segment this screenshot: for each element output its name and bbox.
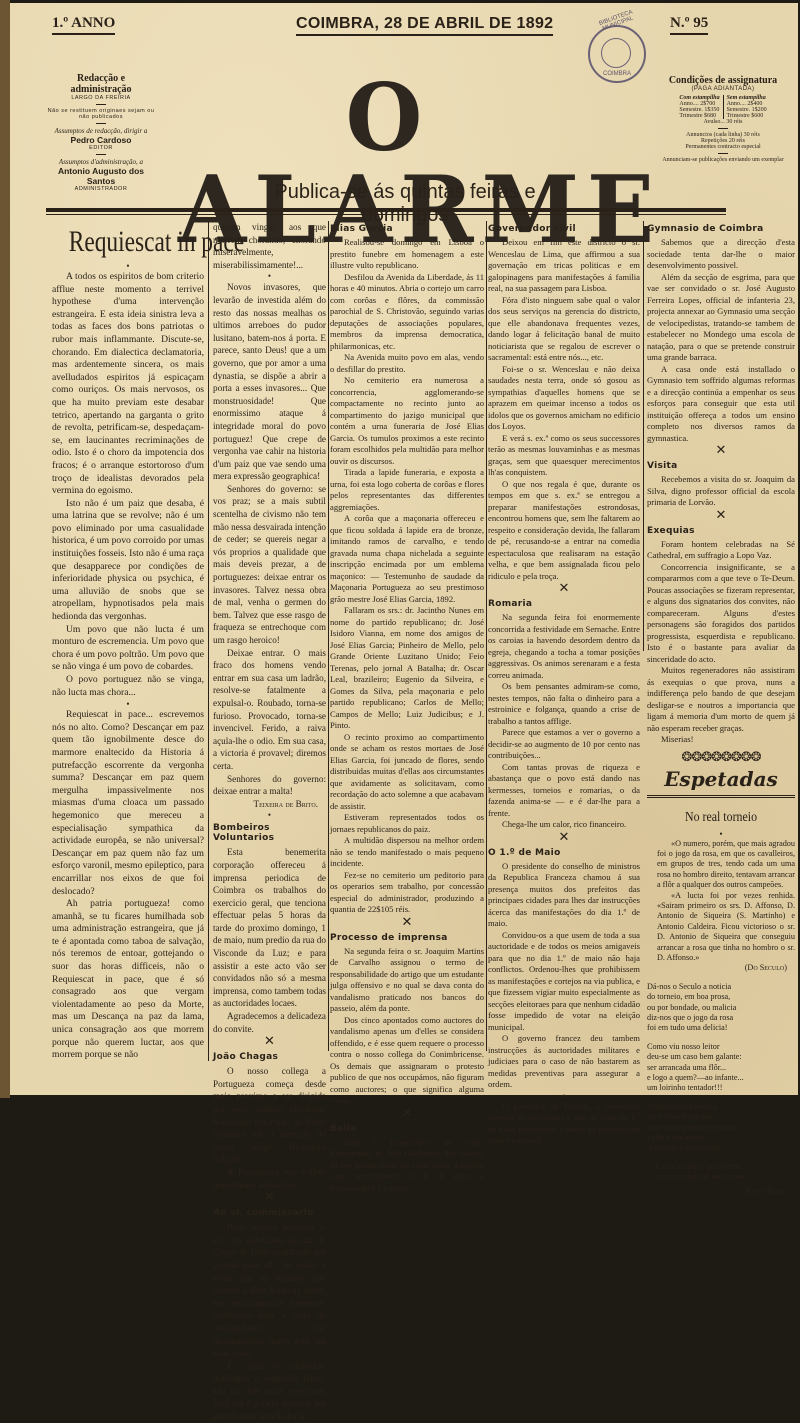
with-stamp-column: Com estampilha Anno.... 2$700 Semestre. … [676,95,722,119]
redaction-note: Não se restituem originaes sejam ou não … [46,108,156,120]
article-paragraph: Sabemos que a direcção d'esta sociedade … [647,237,795,272]
column-2: querem vingar, aos que morrem chorando, … [213,221,326,1098]
divider [647,795,795,796]
year-label: 1.º ANNO [52,15,115,35]
ad-price: Permanentes contracto especial [648,144,798,150]
poem-line: foi em tudo uma delicia! [647,1023,795,1033]
article-paragraph: Foram hontem celebradas na Sé Cathedral,… [647,539,795,562]
article-paragraph: Dos cinco apontados como auctores do van… [330,1015,484,1099]
single-price: Avulso... 30 réis [648,119,798,125]
ornament-dot: • [213,810,326,820]
poem-line: do torneio, em boa prosa, [647,992,795,1002]
article-paragraph: Isto não é um paiz que desaba, é uma lat… [52,498,204,624]
article-paragraph: Realisou-se domingo em Lisboa o prestito… [330,237,484,272]
article-paragraph: Os bem pensantes admiram-se como, nestes… [488,681,640,727]
article-paragraph: Parece que estamos a ver o governo a dec… [488,727,640,762]
article-paragraph: A multidão dispersou na melhor ordem não… [330,835,484,870]
section-heading-romaria: Romaria [488,599,640,609]
article-paragraph: O nosso collega a Portugueza começa desd… [213,1065,326,1098]
ornament-dot: • [52,261,204,271]
divider [718,153,728,154]
poem-stanza: Dá-nos o Seculo a noticia do torneio, em… [647,982,795,1034]
section-heading-bombeiros: Bombeiros Voluntarios [213,823,326,843]
column-4: Governador civil Deixou em fim este dist… [488,221,640,1098]
subscription-footer: Annunciam-se publicações enviando um exe… [648,157,798,163]
article-paragraph: Na segunda feira foi enormemente concorr… [488,612,640,681]
stamp-top-text: BIBLIOTECA MUNICIPAL [584,4,650,38]
column-1: Requiescat in pace • A todos os espirito… [52,221,204,1062]
ornament-dot: • [52,699,204,709]
section-heading-exequias: Exequias [647,526,795,536]
article-paragraph: Senhores do governo: deixae entrar a mal… [213,773,326,798]
quote-source: (Do Seculo) [657,963,795,973]
column-divider [208,221,209,1061]
editor-role: EDITOR [46,145,156,151]
chain-ornament-icon: ❂❂❂❂❂❂❂❂ [647,750,795,765]
article-paragraph: Fóra d'isto ninguem sabe qual o valor do… [488,295,640,364]
poem-line: um loirinho tentador!!! [647,1083,795,1093]
cross-separator-icon: ✕ [488,582,640,596]
issue-number: N.º 95 [670,15,708,35]
divider [718,128,728,129]
newspaper-page: 1.º ANNO COIMBRA, 28 DE ABRIL DE 1892 BI… [10,3,798,1095]
article-paragraph: A todos os espiritos de bom criterio aff… [52,271,204,498]
article-paragraph: E verá s. ex.ª como os seus successores … [488,433,640,479]
article-paragraph: Deixae entrar. O mais fraco dos homens v… [213,647,326,773]
article-paragraph: No cemiterio era numerosa a concorrencia… [330,375,484,467]
poem-line: deu-se um caso bem galante: [647,1052,795,1062]
poem-line: ser arrancada uma flôr... [647,1063,795,1073]
poem-line: Dá-nos o Seculo a noticia [647,982,795,992]
quoted-news: «O numero, porém, que mais agradou foi o… [647,839,795,974]
article-paragraph: Foi-se o sr. Wenceslau e não deixa sauda… [488,364,640,433]
stamp-inner-ring [601,38,631,68]
article-paragraph: O que nos regala é que, durante os tempo… [488,479,640,583]
article-paragraph: Com tantas provas de riqueza e abastança… [488,762,640,820]
poem-line: diz-nos que o jogo da rosa [647,1013,795,1023]
ornament-dot: • [488,1091,640,1099]
article-paragraph: Recebemos a visita do sr. Joaquim da Sil… [647,474,795,509]
divider [96,123,106,124]
article-paragraph: Além da secção de esgrima, para que vae … [647,272,795,364]
article-paragraph: Muitos regeneradores não assistiram ás e… [647,665,795,734]
article-paragraph: A casa onde está installado o Gymnasio t… [647,364,795,445]
ornament-dot: • [647,829,795,839]
admin-role: ADMINISTRADOR [46,186,156,192]
article-paragraph: Convidou-os a que usem de toda a sua auc… [488,930,640,1034]
article-paragraph: Na Avenida muito povo em alas, vendo o d… [330,352,484,375]
poem-title: No real torneio [658,810,784,826]
section-heading-primeiro-maio: O 1.º de Maio [488,848,640,858]
poem-line: e logo a quem?—ao infante... [647,1073,795,1083]
ornament-dot: • [213,271,326,281]
admin-name: Antonio Augusto dos Santos [46,166,156,186]
section-heading-processo: Processo de imprensa [330,933,484,943]
divider [96,154,106,155]
divider [96,104,106,105]
redaction-heading: Redacção e administração [46,73,156,95]
cross-separator-icon: ✕ [488,831,640,845]
article-paragraph: Deixou em fim este districto o sr. Wence… [488,237,640,295]
poem: Dá-nos o Seculo a noticia do torneio, em… [647,982,795,1098]
masthead-thick-rule [46,208,726,212]
dateline: COIMBRA, 28 DE ABRIL DE 1892 [296,15,553,36]
poem-line: Como viu nosso leitor [647,1042,795,1052]
column-divider [486,221,487,1051]
poem-line: ou por bondade, ou malicia [647,1003,795,1013]
section-heading-gymnasio: Gymnasio de Coimbra [647,224,795,234]
cross-separator-icon: ✕ [330,916,484,930]
section-heading-espetadas: Espetadas [647,767,795,791]
poem-stanza: Como viu nosso leitor deu-se um caso bem… [647,1042,795,1094]
without-stamp-column: Sem estampilha Anno.... 2$400 Semestre. … [723,95,770,119]
subscription-info: Condições de assignatura (PAGA ADIANTADA… [648,75,798,163]
article-paragraph: querem vingar, aos que morrem chorando, … [213,221,326,271]
article-paragraph: Fez-se no cemiterio um peditorio para os… [330,870,484,916]
page-binding-edge [0,0,10,1098]
editorial-label: Assumptos de redacção, dirigir a [46,127,156,135]
editor-name: Pedro Cardoso [46,135,156,145]
masthead-thin-rule [46,214,726,215]
article-paragraph: O presidente do conselho de ministros da… [488,861,640,930]
article-paragraph: Esta benemerita corporação offereceu á i… [213,846,326,1010]
redaction-address: LARGO DA FREIRIA [46,95,156,101]
admin-label: Assumptos d'administração, a [46,158,156,166]
quote-paragraph: «A lucta foi por vezes renhida. «Sairam … [657,891,795,964]
article-paragraph: Agradecemos a delicadeza do convite. [213,1010,326,1035]
column-divider [328,221,329,1051]
article-paragraph: O governo francez deu tambem instrucções… [488,1033,640,1091]
section-heading-elias-garcia: Elias Garcia [330,224,484,234]
section-heading-governador: Governador civil [488,224,640,234]
article-paragraph: Novos invasores, que levarão de investid… [213,281,326,483]
redaction-info: Redacção e administração LARGO DA FREIRI… [46,73,156,192]
article-paragraph: Fallaram os srs.: dr. Jacintho Nunes em … [330,605,484,732]
article-paragraph: Concorrencia insignificante, se a compar… [647,562,795,666]
cross-separator-icon: ✕ [647,509,795,523]
price-table: Com estampilha Anno.... 2$700 Semestre. … [648,95,798,119]
cross-separator-icon: ✕ [647,444,795,458]
article-paragraph: Ah patria portugueza! como amanhã, se tu… [52,898,204,1062]
author-signature: Teixeira de Brito. [213,798,326,811]
article-paragraph: Tirada a lapide funeraria, e exposta a u… [330,467,484,513]
article-paragraph: Requiescat in pace... escrevemos nós no … [52,709,204,898]
article-paragraph: Desfilou da Avenida da Liberdade, ás 11 … [330,272,484,353]
section-heading-chagas: João Chagas [213,1052,326,1062]
column-divider [643,221,644,651]
article-paragraph: Um povo que não lucta é um monturo de es… [52,624,204,674]
stamp-bottom-text: COIMBRA [596,71,638,77]
article-paragraph: Miserias! [647,734,795,746]
article-paragraph: Estiveram representados todos os jornaes… [330,812,484,835]
subscription-heading: Condições de assignatura [648,75,798,86]
section-heading-visita: Visita [647,461,795,471]
article-paragraph: Na segunda feira o sr. Joaquim Martins d… [330,946,484,1015]
article-paragraph: O povo portuguez não se vinga, não lucta… [52,674,204,699]
article-heading-requiescat: Requiescat in pace [69,225,188,259]
quote-paragraph: «O numero, porém, que mais agradou foi o… [657,839,795,891]
article-paragraph: Senhores do governo: se vos praz; se a m… [213,483,326,647]
column-5: Gymnasio de Coimbra Sabemos que a direcç… [647,221,795,1098]
subscription-note: (PAGA ADIANTADA) [648,86,798,92]
cross-separator-icon: ✕ [213,1035,326,1049]
column-3: Elias Garcia Realisou-se domingo em Lisb… [330,221,484,1098]
article-paragraph: Chega-lhe um calor, rico financeiro. [488,819,640,831]
divider [647,797,795,798]
article-paragraph: A corôa que a maçonaria offereceu e que … [330,513,484,605]
article-paragraph: O recinto proximo ao compartimento onde … [330,732,484,813]
